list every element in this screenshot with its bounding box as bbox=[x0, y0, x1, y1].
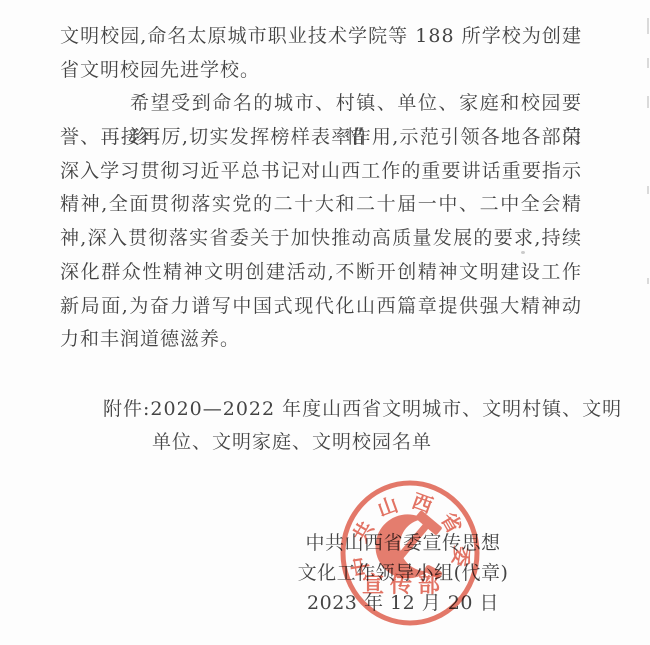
attachment-note: 附件:2020—2022 年度山西省文明城市、文明村镇、文明单位、文明家庭、文明… bbox=[60, 393, 582, 459]
document-page: 文明校园,命名太原城市职业技术学院等 188 所学校为创建省文明校园先进学校。希… bbox=[0, 0, 650, 645]
seal-bottom-text: 宣传部 bbox=[362, 572, 446, 598]
text-line: 深入学习贯彻习近平总书记对山西工作的重要讲话重要指示 bbox=[60, 155, 582, 189]
scan-edge-mark bbox=[647, 58, 649, 68]
scan-edge-mark bbox=[647, 278, 649, 284]
scan-speck bbox=[521, 251, 525, 254]
scan-edge-mark bbox=[647, 96, 649, 108]
text-line: 力和丰润道德滋养。 bbox=[60, 323, 582, 357]
body-text: 文明校园,命名太原城市职业技术学院等 188 所学校为创建省文明校园先进学校。希… bbox=[60, 20, 582, 357]
scan-edge-mark bbox=[647, 186, 649, 194]
scan-edge-mark bbox=[647, 18, 649, 34]
text-line: 深化群众性精神文明创建活动,不断开创精神文明建设工作 bbox=[60, 256, 582, 290]
text-line: 省文明校园先进学校。 bbox=[60, 54, 582, 88]
text-line: 新局面,为奋力谱写中国式现代化山西篇章提供强大精神动 bbox=[60, 290, 582, 324]
text-line: 文明校园,命名太原城市职业技术学院等 188 所学校为创建 bbox=[60, 20, 582, 54]
text-line: 精神,全面贯彻落实党的二十大和二十届一中、二中全会精 bbox=[60, 188, 582, 222]
official-seal: 中共山西省委 宣传部 bbox=[330, 473, 490, 633]
text-line: 单位、文明家庭、文明校园名单 bbox=[60, 426, 582, 459]
text-line: 神,深入贯彻落实省委关于加快推动高质量发展的要求,持续 bbox=[60, 222, 582, 256]
hammer-sickle-icon bbox=[376, 510, 444, 580]
text-line: 希望受到命名的城市、村镇、单位、家庭和校园要珍惜荣 bbox=[60, 87, 582, 121]
text-line: 附件:2020—2022 年度山西省文明城市、文明村镇、文明 bbox=[60, 393, 582, 426]
text-line: 誉、再接再厉,切实发挥榜样表率作用,示范引领各地各部门 bbox=[60, 121, 582, 155]
